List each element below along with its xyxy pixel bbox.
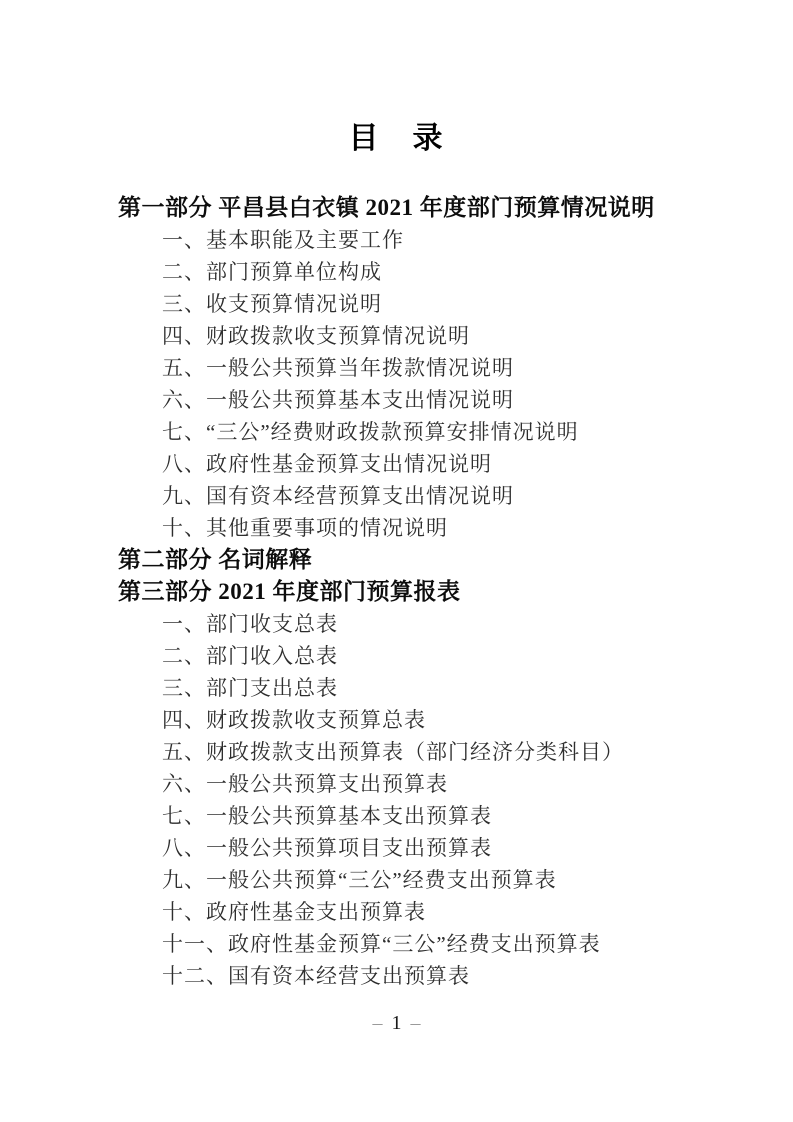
toc-item-3-2: 二、部门收入总表 bbox=[118, 640, 698, 672]
table-of-contents: 第一部分 平昌县白衣镇 2021 年度部门预算情况说明 一、基本职能及主要工作 … bbox=[118, 192, 698, 992]
section-2-heading: 第二部分 名词解释 bbox=[118, 544, 698, 576]
toc-item-1-5: 五、一般公共预算当年拨款情况说明 bbox=[118, 352, 698, 384]
toc-item-3-5: 五、财政拨款支出预算表（部门经济分类科目） bbox=[118, 736, 698, 768]
toc-item-1-6: 六、一般公共预算基本支出情况说明 bbox=[118, 384, 698, 416]
toc-item-3-12: 十二、国有资本经营支出预算表 bbox=[118, 960, 698, 992]
footer-dash-right: – bbox=[411, 1012, 421, 1034]
toc-item-1-1: 一、基本职能及主要工作 bbox=[118, 224, 698, 256]
toc-item-1-10: 十、其他重要事项的情况说明 bbox=[118, 512, 698, 544]
toc-item-1-2: 二、部门预算单位构成 bbox=[118, 256, 698, 288]
section-3-heading: 第三部分 2021 年度部门预算报表 bbox=[118, 576, 698, 608]
toc-item-3-8: 八、一般公共预算项目支出预算表 bbox=[118, 832, 698, 864]
toc-item-3-10: 十、政府性基金支出预算表 bbox=[118, 896, 698, 928]
toc-item-1-7: 七、“三公”经费财政拨款预算安排情况说明 bbox=[118, 416, 698, 448]
toc-item-3-7: 七、一般公共预算基本支出预算表 bbox=[118, 800, 698, 832]
toc-item-3-1: 一、部门收支总表 bbox=[118, 608, 698, 640]
section-1-heading: 第一部分 平昌县白衣镇 2021 年度部门预算情况说明 bbox=[118, 192, 698, 224]
toc-item-3-3: 三、部门支出总表 bbox=[118, 672, 698, 704]
toc-item-3-6: 六、一般公共预算支出预算表 bbox=[118, 768, 698, 800]
page-footer: –1– bbox=[0, 1010, 793, 1036]
page-number: 1 bbox=[392, 1012, 402, 1034]
toc-item-1-4: 四、财政拨款收支预算情况说明 bbox=[118, 320, 698, 352]
toc-item-1-9: 九、国有资本经营预算支出情况说明 bbox=[118, 480, 698, 512]
toc-item-3-9: 九、一般公共预算“三公”经费支出预算表 bbox=[118, 864, 698, 896]
toc-item-1-3: 三、收支预算情况说明 bbox=[118, 288, 698, 320]
toc-item-3-4: 四、财政拨款收支预算总表 bbox=[118, 704, 698, 736]
toc-item-3-11: 十一、政府性基金预算“三公”经费支出预算表 bbox=[118, 928, 698, 960]
document-page: 目 录 第一部分 平昌县白衣镇 2021 年度部门预算情况说明 一、基本职能及主… bbox=[0, 0, 793, 1122]
page-title: 目 录 bbox=[0, 121, 793, 157]
footer-dash-left: – bbox=[373, 1012, 383, 1034]
toc-item-1-8: 八、政府性基金预算支出情况说明 bbox=[118, 448, 698, 480]
